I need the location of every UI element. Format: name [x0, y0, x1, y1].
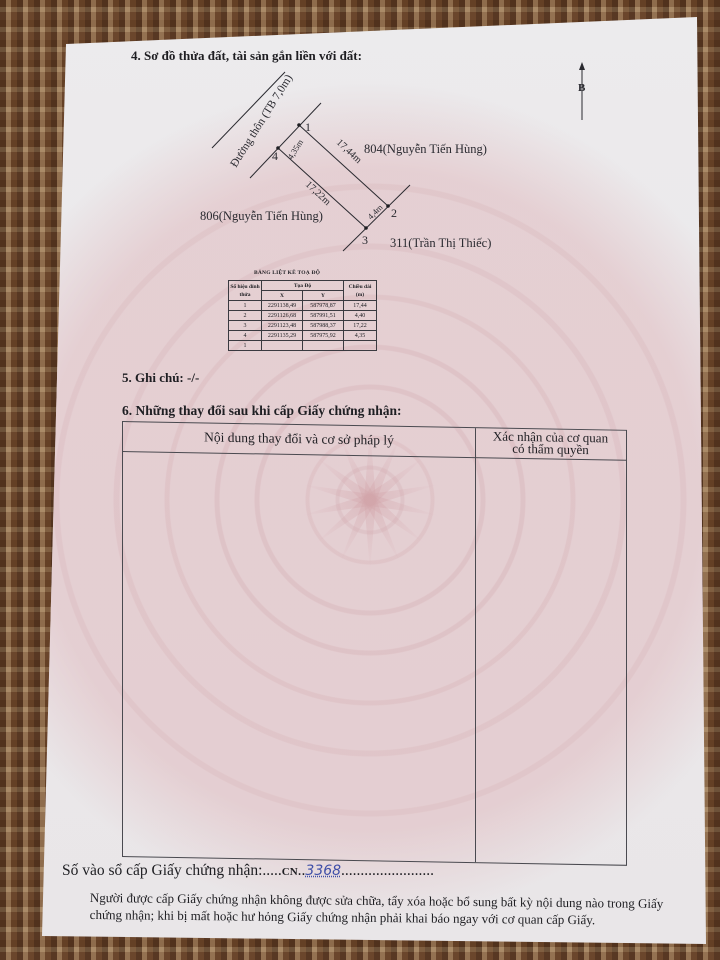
coord-cell-y: 587978,87 [303, 301, 344, 311]
coord-cell-length: 4,40 [344, 311, 377, 321]
section6-heading: 6. Những thay đổi sau khi cấp Giấy chứng… [122, 403, 402, 419]
section5-heading: 5. Ghi chú: -/- [122, 370, 199, 386]
coord-cell-y [303, 341, 344, 351]
coord-header-length: Chiều dài (m) [344, 281, 377, 301]
coord-cell-x [262, 341, 303, 351]
section4-heading: 4. Sơ đồ thửa đất, tài sản gắn liền với … [131, 48, 362, 64]
coord-cell-x: 2291123,48 [262, 321, 303, 331]
coord-cell-length: 4,35 [344, 331, 377, 341]
coord-row: 12291138,49587978,8717,44 [229, 301, 377, 311]
coord-row: 42291135,29587975,924,35 [229, 331, 377, 341]
coord-cell-x: 2291126,68 [262, 311, 303, 321]
registration-number: 3368 [305, 863, 341, 879]
coord-cell-point: 3 [229, 321, 262, 331]
coord-cell-y: 587988,37 [303, 321, 344, 331]
coord-cell-length: 17,44 [344, 301, 377, 311]
coord-cell-point: 1 [229, 341, 262, 351]
coord-cell-x: 2291138,49 [262, 301, 303, 311]
coord-cell-y: 587991,51 [303, 311, 344, 321]
coord-cell-length [344, 341, 377, 351]
footer-note: Người được cấp Giấy chứng nhận không đượ… [90, 889, 670, 929]
coord-cell-y: 587975,92 [303, 331, 344, 341]
coord-row: 32291123,48587988,3717,22 [229, 321, 377, 331]
coord-cell-point: 1 [229, 301, 262, 311]
registration-number-line: Số vào sổ cấp Giấy chứng nhận:.....CN..3… [62, 862, 434, 880]
coord-cell-point: 2 [229, 311, 262, 321]
coord-table-title: BẢNG LIỆT KÊ TOẠ ĐỘ [254, 270, 320, 276]
coordinate-table: Số hiệu đỉnh thửa Tọa Độ Chiều dài (m) X… [228, 280, 377, 351]
coord-cell-point: 4 [229, 331, 262, 341]
coord-cell-x: 2291135,29 [262, 331, 303, 341]
registration-label: Số vào sổ cấp Giấy chứng nhận:..... [62, 862, 282, 879]
changes-content-header: Nội dung thay đổi và cơ sở pháp lý [123, 428, 475, 450]
coord-row: 22291126,68587991,514,40 [229, 311, 377, 321]
coord-header-y: Y [303, 291, 344, 301]
changes-table: Nội dung thay đổi và cơ sở pháp lý Xác n… [122, 421, 627, 866]
registration-prefix: CN [282, 866, 298, 878]
coord-row: 1 [229, 341, 377, 351]
registration-dots-after: ........................ [341, 862, 434, 879]
column-divider [475, 428, 476, 862]
authority-confirmation-header: Xác nhận của cơ quan có thẩm quyền [475, 430, 626, 457]
coord-header-coord: Tọa Độ [262, 281, 344, 291]
coord-cell-length: 17,22 [344, 321, 377, 331]
coord-header-x: X [262, 291, 303, 301]
coord-header-point: Số hiệu đỉnh thửa [229, 281, 262, 301]
